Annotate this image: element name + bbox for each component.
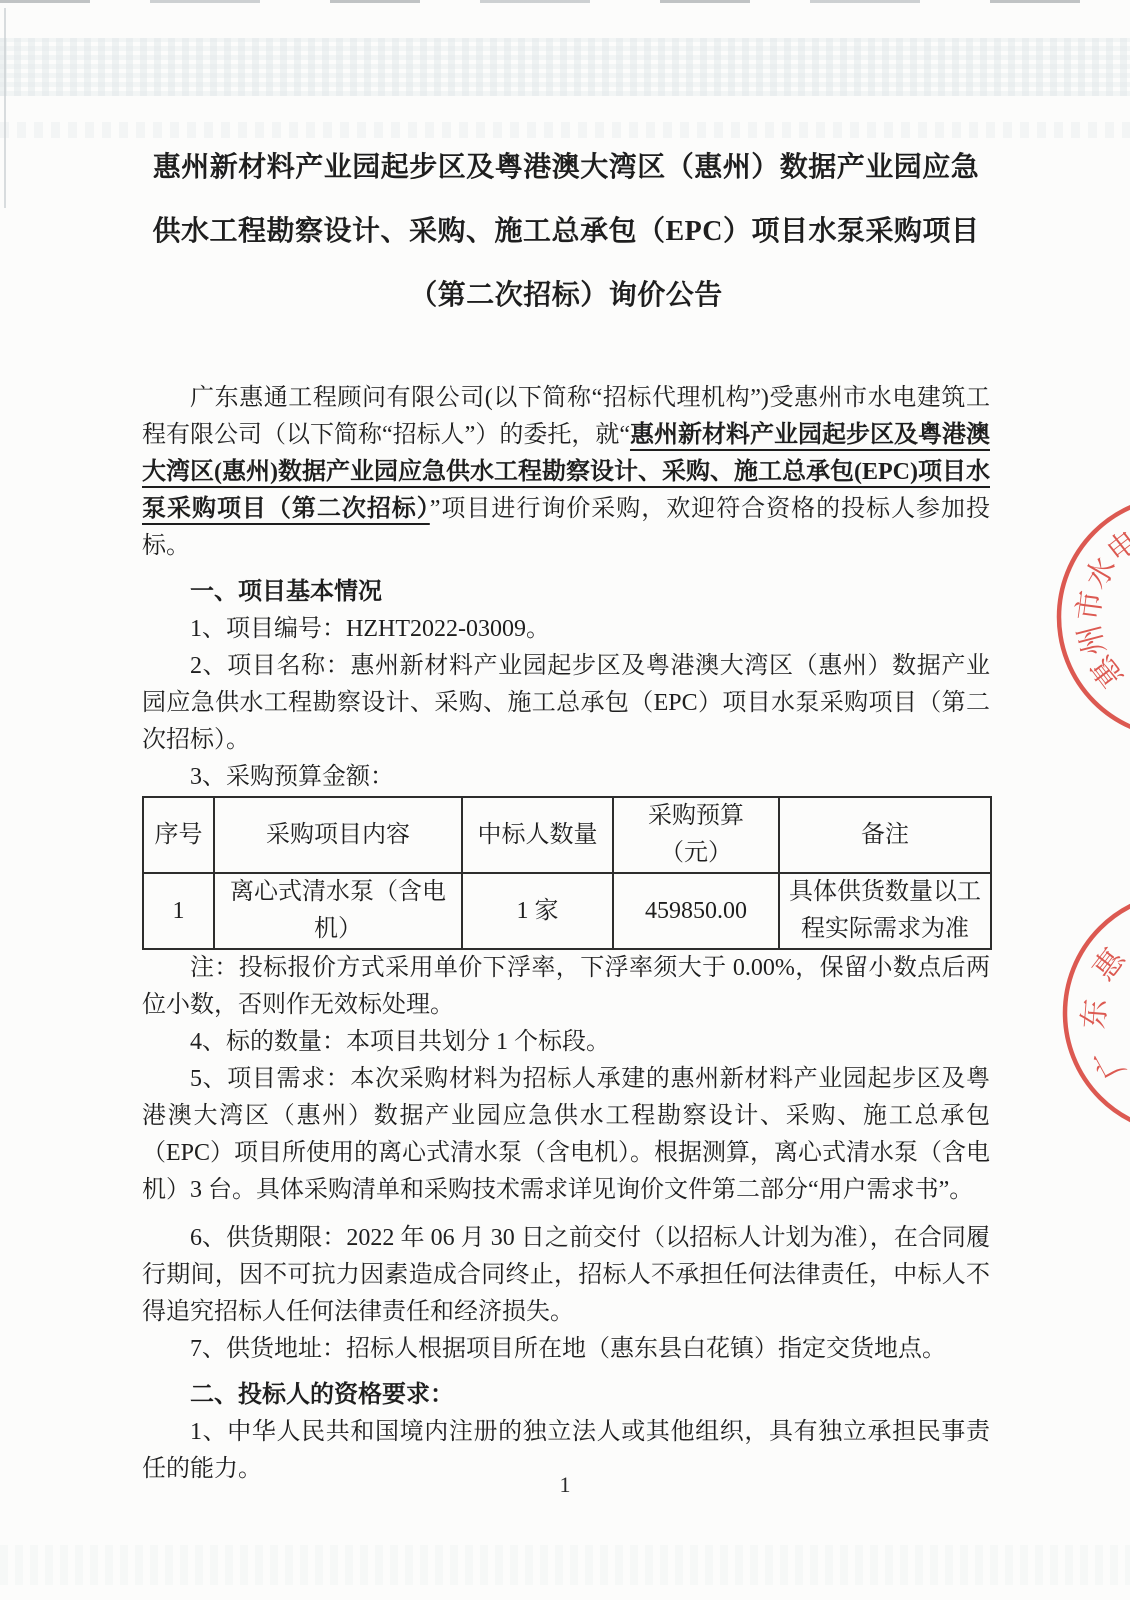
seal-text-bottom: 广东惠通 xyxy=(1078,905,1130,1083)
scan-artifact-left-line xyxy=(4,8,6,208)
item-delivery-address: 7、供货地址：招标人根据项目所在地（惠东县白花镇）指定交货地点。 xyxy=(142,1331,990,1368)
item-project-number: 1、项目编号：HZHT2022-03009。 xyxy=(142,611,990,648)
col-header-seq: 序号 xyxy=(143,797,214,873)
budget-table: 序号 采购项目内容 中标人数量 采购预算（元） 备注 1 离心式清水泵（含电机）… xyxy=(142,796,992,950)
svg-text:广东惠通: 广东惠通 xyxy=(1078,905,1130,1083)
seal-text-top: 惠州市水电建 xyxy=(1072,511,1130,693)
cell-content: 离心式清水泵（含电机） xyxy=(214,873,462,949)
item-lot-count: 4、标的数量：本项目共划分 1 个标段。 xyxy=(142,1024,990,1061)
cell-budget: 459850.00 xyxy=(613,873,779,949)
col-header-budget: 采购预算（元） xyxy=(613,797,779,873)
item-budget-label: 3、采购预算金额： xyxy=(142,759,990,796)
col-header-winner-count: 中标人数量 xyxy=(462,797,613,873)
svg-text:惠州市水电建: 惠州市水电建 xyxy=(1072,511,1130,693)
budget-table-header-row: 序号 采购项目内容 中标人数量 采购预算（元） 备注 xyxy=(143,797,991,873)
col-header-content: 采购项目内容 xyxy=(214,797,462,873)
cell-remark: 具体供货数量以工程实际需求为准 xyxy=(779,873,991,949)
budget-table-row: 1 离心式清水泵（含电机） 1 家 459850.00 具体供货数量以工程实际需… xyxy=(143,873,991,949)
item-delivery-deadline: 6、供货期限：2022 年 06 月 30 日之前交付（以招标人计划为准），在合… xyxy=(142,1220,990,1331)
col-header-remark: 备注 xyxy=(779,797,991,873)
pricing-note: 注：投标报价方式采用单价下浮率，下浮率须大于 0.00%，保留小数点后两位小数，… xyxy=(142,950,990,1024)
section-heading-basic-info: 一、项目基本情况 xyxy=(142,574,990,611)
document-body: 惠州新材料产业园起步区及粤港澳大湾区（惠州）数据产业园应急供水工程勘察设计、采购… xyxy=(142,0,990,1488)
item-requirements: 5、项目需求：本次采购材料为招标人承建的惠州新材料产业园起步区及粤港澳大湾区（惠… xyxy=(142,1061,990,1209)
intro-paragraph: 广东惠通工程顾问有限公司(以下简称“招标代理机构”)受惠州市水电建筑工程有限公司… xyxy=(142,380,990,565)
item-project-name: 2、项目名称：惠州新材料产业园起步区及粤港澳大湾区（惠州）数据产业园应急供水工程… xyxy=(142,648,990,759)
section-heading-qualifications: 二、投标人的资格要求： xyxy=(142,1377,990,1414)
agency-seal-stamp-icon: 广东惠通 xyxy=(1055,883,1130,1143)
document-title: 惠州新材料产业园起步区及粤港澳大湾区（惠州）数据产业园应急供水工程勘察设计、采购… xyxy=(142,136,990,328)
cell-seq: 1 xyxy=(143,873,214,949)
company-seal-stamp-icon: 惠州市水电建 xyxy=(1049,487,1130,747)
scanned-document-page: 惠州新材料产业园起步区及粤港澳大湾区（惠州）数据产业园应急供水工程勘察设计、采购… xyxy=(0,0,1130,1600)
page-number: 1 xyxy=(0,1472,1130,1498)
cell-winner-count: 1 家 xyxy=(462,873,613,949)
scan-noise-band xyxy=(0,1545,1130,1585)
